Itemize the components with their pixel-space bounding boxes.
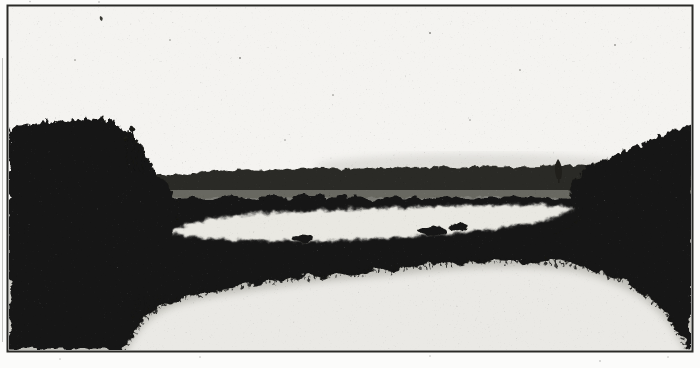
landscape-scene	[0, 0, 700, 368]
photo-interior	[9, 7, 692, 356]
photo-plate	[0, 0, 700, 368]
film-grain-light	[9, 7, 691, 350]
